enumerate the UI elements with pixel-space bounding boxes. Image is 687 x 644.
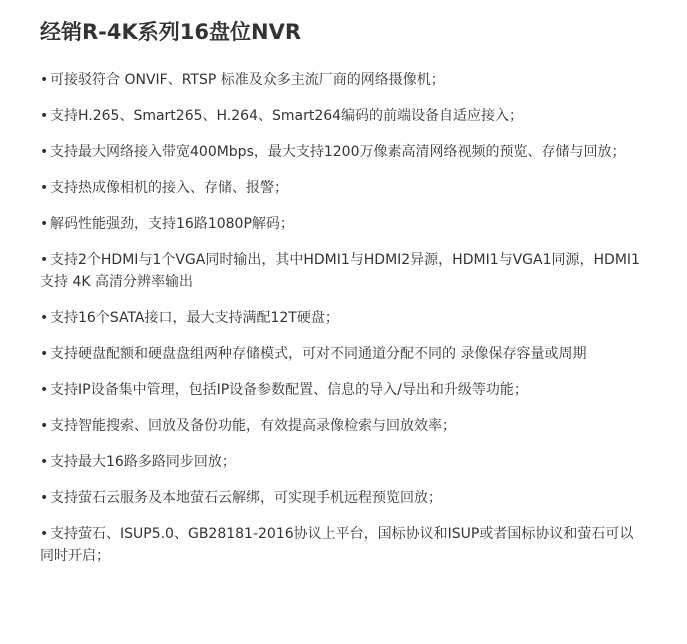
list-item: •支持热成像相机的接入、存储、报警； <box>40 177 647 199</box>
bullet-icon: • <box>40 69 50 91</box>
bullet-icon: • <box>40 249 50 271</box>
bullet-icon: • <box>40 415 50 437</box>
list-item: •支持最大16路多路同步回放； <box>40 451 647 473</box>
list-item: •解码性能强劲，支持16路1080P解码； <box>40 213 647 235</box>
list-item: •支持萤石云服务及本地萤石云解绑，可实现手机远程预览回放； <box>40 487 647 509</box>
bullet-icon: • <box>40 105 50 127</box>
bullet-icon: • <box>40 307 50 329</box>
list-item: •可接驳符合 ONVIF、RTSP 标准及众多主流厂商的网络摄像机； <box>40 69 647 91</box>
list-item: •支持2个HDMI与1个VGA同时输出，其中HDMI1与HDMI2异源，HDMI… <box>40 249 647 293</box>
bullet-icon: • <box>40 213 50 235</box>
list-item: •支持智能搜索、回放及备份功能，有效提高录像检索与回放效率； <box>40 415 647 437</box>
list-item: •支持萤石、ISUP5.0、GB28181-2016协议上平台，国标协议和ISU… <box>40 523 647 567</box>
bullet-icon: • <box>40 343 50 365</box>
list-item: •支持最大网络接入带宽400Mbps，最大支持1200万像素高清网络视频的预览、… <box>40 141 647 163</box>
bullet-icon: • <box>40 141 50 163</box>
bullet-icon: • <box>40 487 50 509</box>
bullet-icon: • <box>40 523 50 545</box>
list-item: •支持IP设备集中管理，包括IP设备参数配置、信息的导入/导出和升级等功能； <box>40 379 647 401</box>
list-item: •支持H.265、Smart265、H.264、Smart264编码的前端设备自… <box>40 105 647 127</box>
product-spec-page: 经销R-4K系列16盘位NVR •可接驳符合 ONVIF、RTSP 标准及众多主… <box>0 0 687 567</box>
page-title: 经销R-4K系列16盘位NVR <box>40 17 647 47</box>
list-item: •支持16个SATA接口，最大支持满配12T硬盘； <box>40 307 647 329</box>
bullet-icon: • <box>40 177 50 199</box>
list-item: •支持硬盘配额和硬盘盘组两种存储模式，可对不同通道分配不同的 录像保存容量或周期 <box>40 343 647 365</box>
feature-list: •可接驳符合 ONVIF、RTSP 标准及众多主流厂商的网络摄像机； •支持H.… <box>40 69 647 567</box>
bullet-icon: • <box>40 379 50 401</box>
bullet-icon: • <box>40 451 50 473</box>
